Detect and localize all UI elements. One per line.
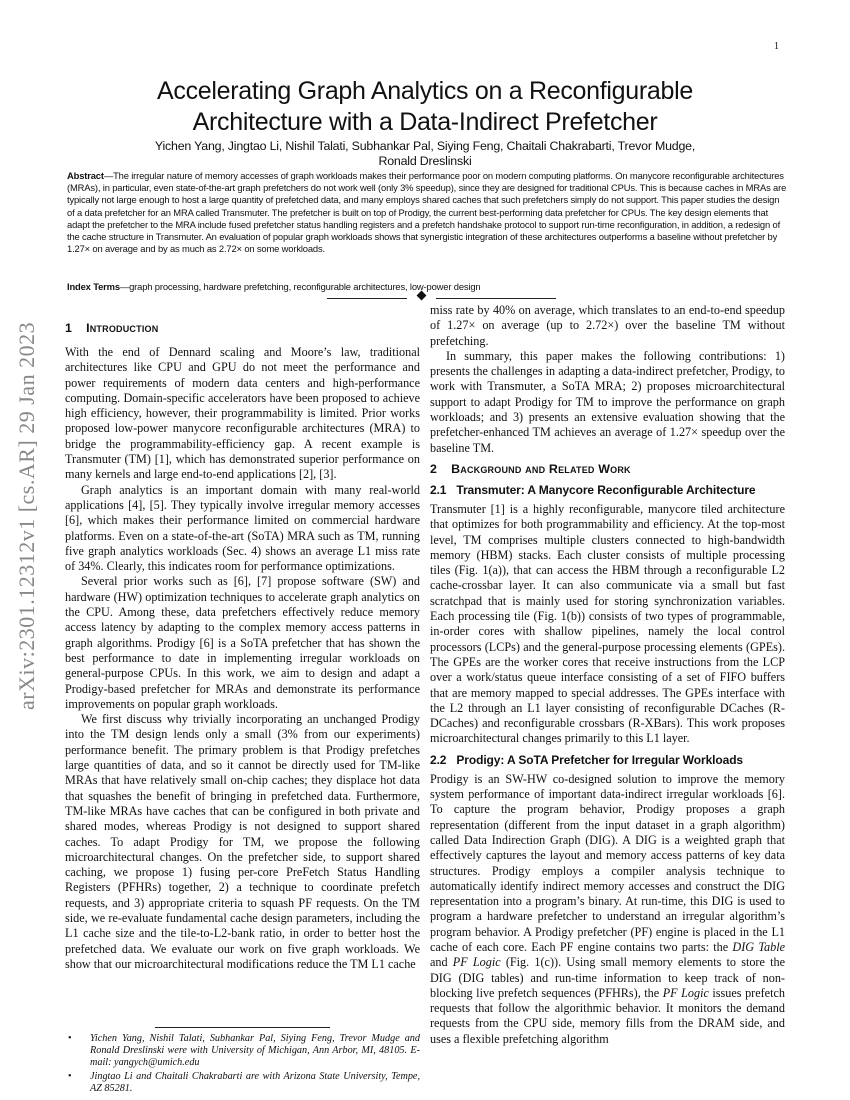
authors-line-2: Ronald Dreslinski: [60, 154, 790, 169]
footnote-item: Yichen Yang, Nishil Talati, Subhankar Pa…: [65, 1033, 420, 1070]
divider-right: [436, 298, 556, 299]
paragraph: miss rate by 40% on average, which trans…: [430, 303, 785, 349]
section-title: Background and Related Work: [451, 462, 631, 476]
term-pf-logic: PF Logic: [453, 955, 501, 969]
footnote-item: Jingtao Li and Chaitali Chakrabarti are …: [65, 1071, 420, 1095]
term-pf-logic: PF Logic: [663, 986, 709, 1000]
title-line-2: Architecture with a Data-Indirect Prefet…: [60, 107, 790, 138]
right-column: miss rate by 40% on average, which trans…: [430, 303, 785, 1047]
paragraph: Transmuter [1] is a highly reconfigurabl…: [430, 502, 785, 747]
abstract-text: —The irregular nature of memory accesses…: [67, 170, 786, 254]
abstract-label: Abstract: [67, 170, 104, 181]
divider-left: [327, 298, 407, 299]
paragraph: Graph analytics is an important domain w…: [65, 483, 420, 575]
arxiv-identifier-stamp[interactable]: arXiv:2301.12312v1 [cs.AR] 29 Jan 2023: [14, 322, 40, 710]
authors-line-1: Yichen Yang, Jingtao Li, Nishil Talati, …: [60, 139, 790, 154]
page-number: 1: [774, 41, 779, 52]
title-line-1: Accelerating Graph Analytics on a Reconf…: [60, 76, 790, 107]
subsection-heading-transmuter: 2.1Transmuter: A Manycore Reconfigurable…: [430, 483, 785, 498]
subsection-heading-prodigy: 2.2Prodigy: A SoTA Prefetcher for Irregu…: [430, 753, 785, 768]
section-heading-background: 2Background and Related Work: [430, 461, 785, 477]
author-list: Yichen Yang, Jingtao Li, Nishil Talati, …: [60, 139, 790, 169]
paragraph: Several prior works such as [6], [7] pro…: [65, 574, 420, 712]
section-heading-introduction: 1Introduction: [65, 320, 420, 336]
index-terms-text: —graph processing, hardware prefetching,…: [120, 281, 481, 292]
index-terms-label: Index Terms: [67, 281, 120, 292]
abstract: Abstract—The irregular nature of memory …: [67, 170, 787, 255]
paragraph: Prodigy is an SW-HW co-designed solution…: [430, 772, 785, 1047]
paragraph: In summary, this paper makes the followi…: [430, 349, 785, 456]
term-dig-table: DIG Table: [732, 940, 785, 954]
section-title: Introduction: [86, 321, 158, 335]
paragraph: We first discuss why trivially incorpora…: [65, 712, 420, 972]
paper-title: Accelerating Graph Analytics on a Reconf…: [60, 76, 790, 138]
left-column: 1Introduction With the end of Dennard sc…: [65, 320, 420, 972]
footnote-divider: [155, 1027, 330, 1028]
paragraph: With the end of Dennard scaling and Moor…: [65, 345, 420, 483]
index-terms: Index Terms—graph processing, hardware p…: [67, 281, 787, 293]
affiliation-footnotes: Yichen Yang, Nishil Talati, Subhankar Pa…: [65, 1033, 420, 1096]
